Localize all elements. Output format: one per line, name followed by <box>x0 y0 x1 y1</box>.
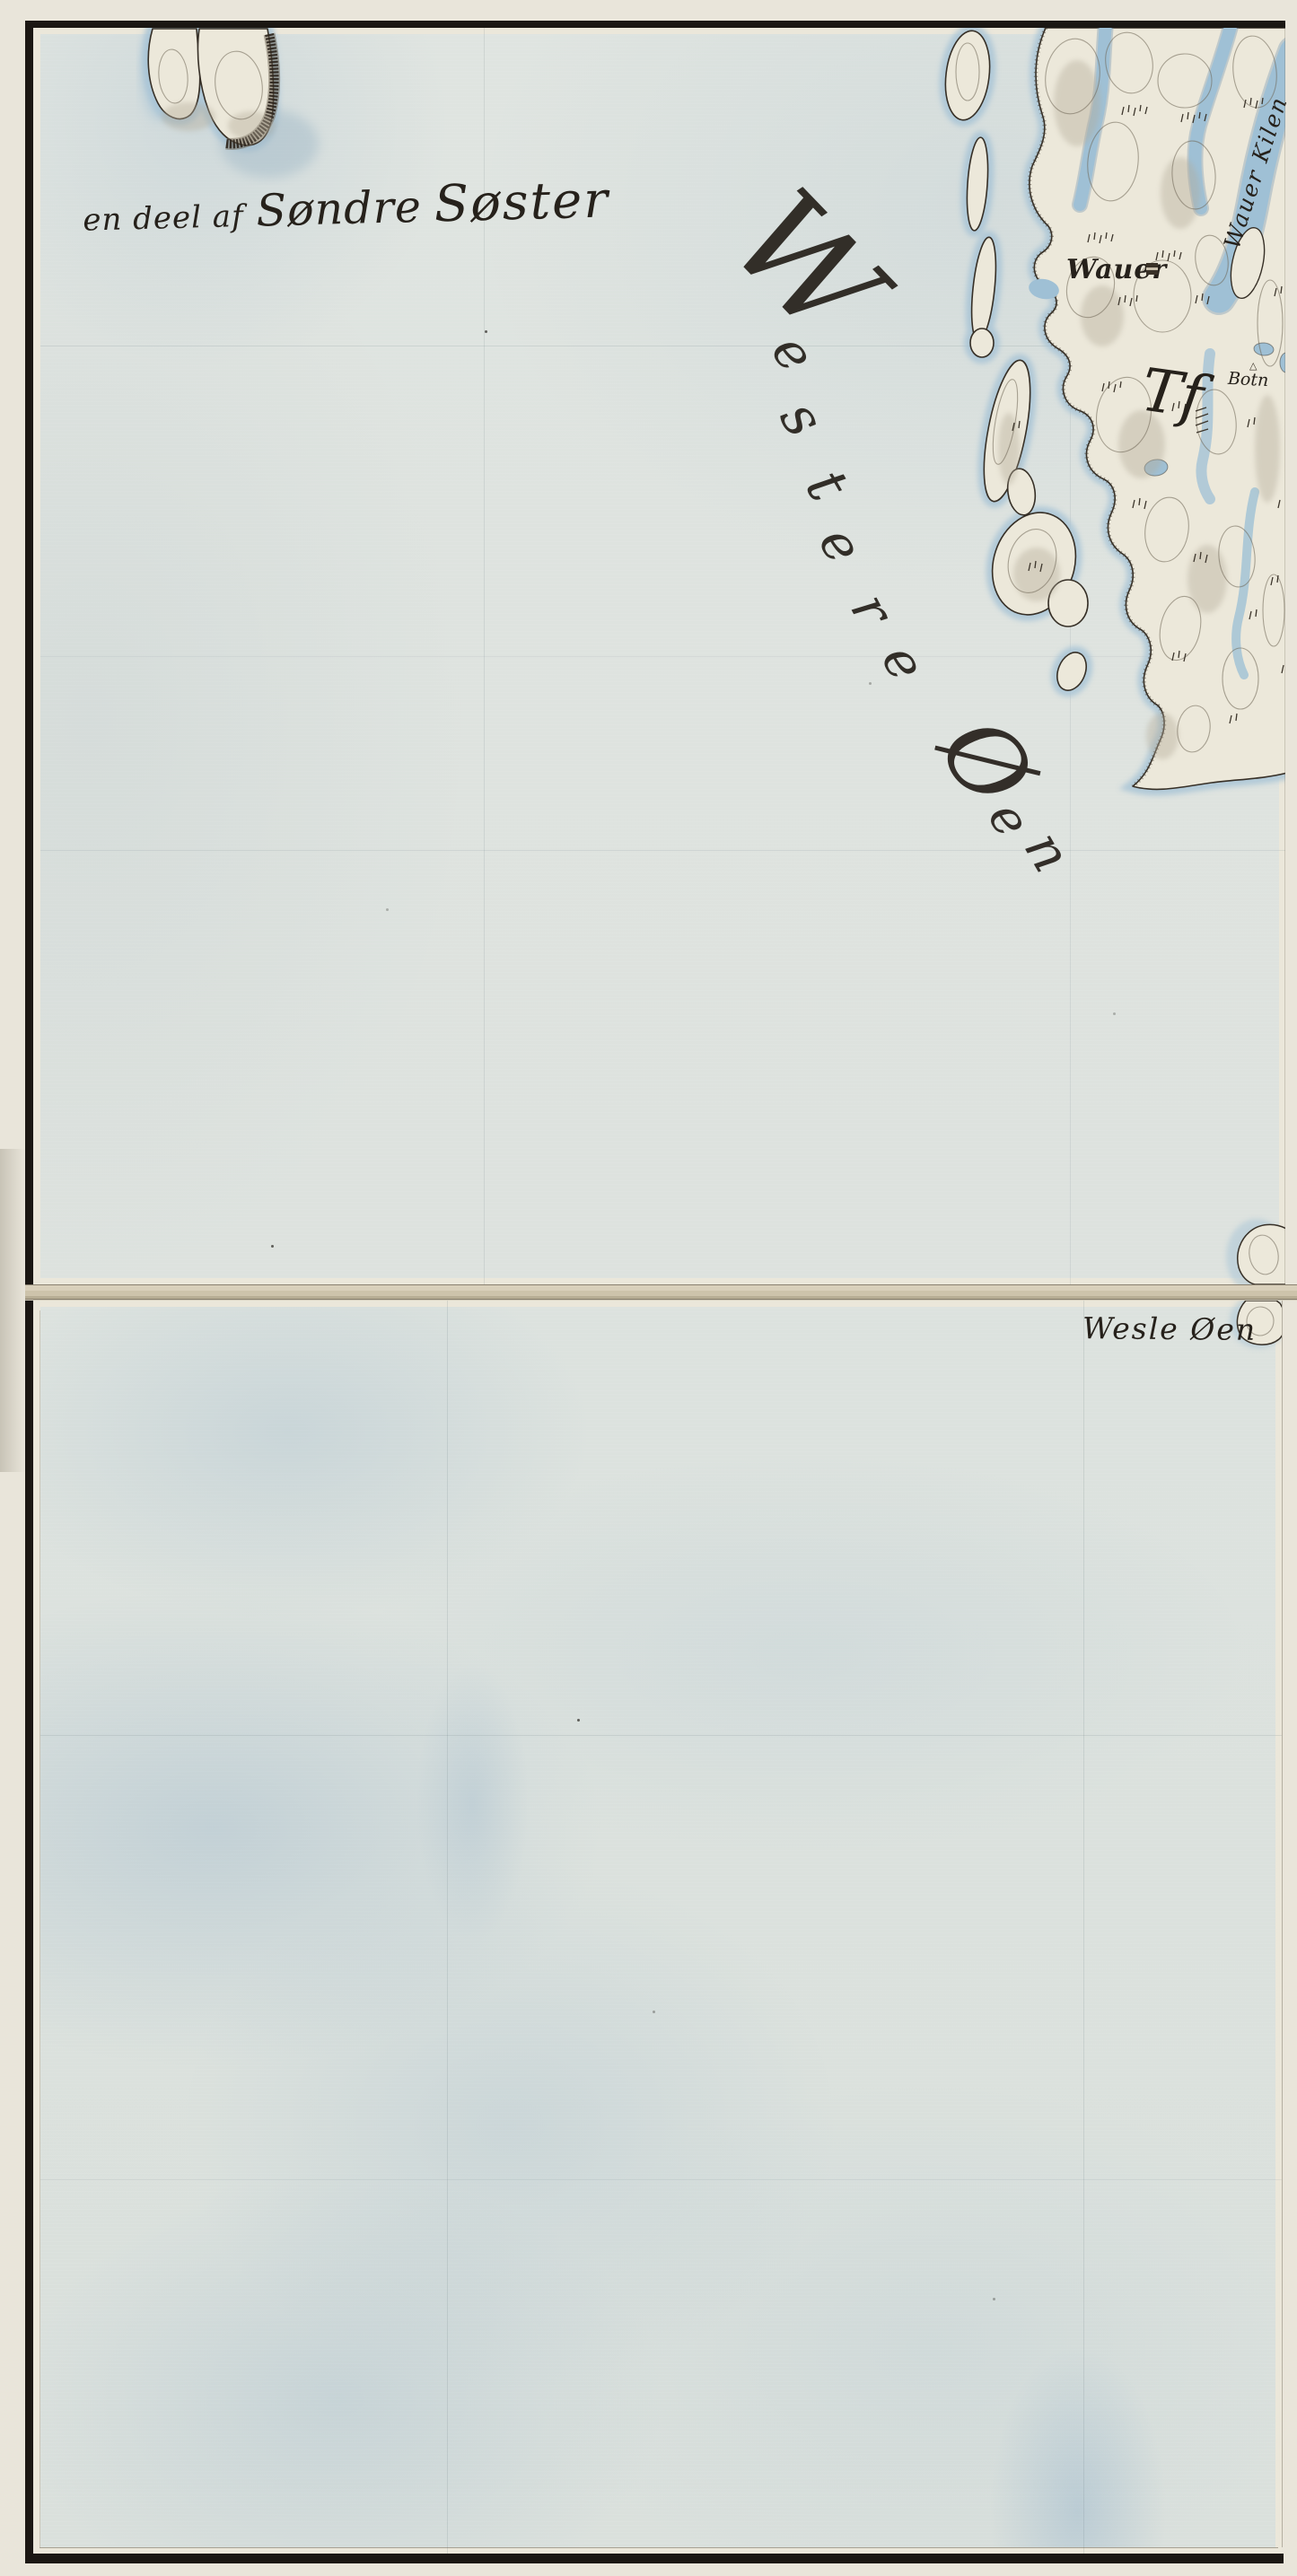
map-frame-left-upper <box>25 21 33 1284</box>
ink-speck <box>653 2011 655 2013</box>
ink-speck <box>577 1719 580 1722</box>
sheet-edge-line <box>1284 28 1285 1284</box>
map-frame-left-lower <box>25 1301 33 2563</box>
sheet-seam <box>25 1284 1297 1301</box>
fold-line-horizontal <box>40 1735 1282 1736</box>
island-label-wesle-oen: Wesle Øen <box>1082 1310 1257 1347</box>
fold-line-horizontal <box>40 656 1285 657</box>
place-label-botn: Botn <box>1227 369 1268 390</box>
historical-map-page: { "map": { "type": "hand-drawn coastal c… <box>0 0 1297 2576</box>
fold-line-horizontal <box>40 2179 1282 2180</box>
fold-line-horizontal <box>40 850 1285 851</box>
fold-line-vertical <box>1083 1301 1084 2554</box>
farm-building-icon <box>1146 263 1158 275</box>
map-frame-top <box>25 21 1285 28</box>
ink-speck <box>993 2298 995 2300</box>
sheet-edge-line <box>1282 1301 1283 2547</box>
ink-speck <box>869 682 872 685</box>
monogram-label: Tf <box>1137 355 1208 433</box>
gutter-shadow <box>0 1149 25 1472</box>
ink-speck <box>1113 1012 1116 1015</box>
ink-speck <box>485 330 487 333</box>
inner-frame-hairline <box>39 1310 40 2547</box>
ink-speck <box>271 1245 274 1248</box>
label-prefix: en deel af <box>83 198 244 239</box>
map-sheet-bottom <box>34 1301 1282 2554</box>
fold-line-vertical <box>447 1301 448 2554</box>
map-frame-bottom <box>25 2554 1284 2563</box>
inner-frame-hairline <box>39 2547 1278 2548</box>
label-word: Søster <box>434 171 610 233</box>
beacon-triangle-icon: △ <box>1249 360 1257 372</box>
ink-speck <box>386 908 389 911</box>
label-word: Søndre <box>256 181 423 237</box>
fold-line-horizontal <box>40 346 1285 346</box>
